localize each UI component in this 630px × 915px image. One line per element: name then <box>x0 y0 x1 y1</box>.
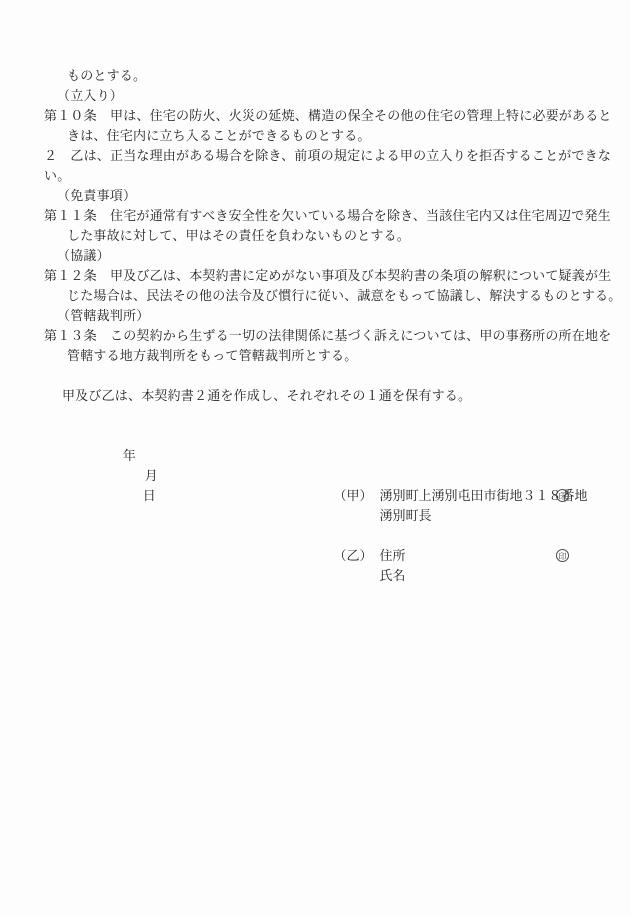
clause-12-line-2: じた場合は、民法その他の法令及び慣行に従い、誠意をもって協議し、解決するものとす… <box>0 286 630 306</box>
contract-date-line: 年 月 日 <box>0 426 630 446</box>
clause-10-para-2-line-2: い。 <box>0 166 630 186</box>
clause-10-line-2: きは、住宅内に立ち入ることができるものとする。 <box>0 126 630 146</box>
clause-11-line-2: した事故に対して、甲はその責任を負わないものとする。 <box>0 226 630 246</box>
clause-10-para-2-line-1: ２ 乙は、正当な理由がある場合を除き、前項の規定による甲の立入りを拒否することが… <box>0 146 630 166</box>
party-a-address-row: （甲）湧別町上湧別屯田市街地３１８番地 <box>0 466 630 486</box>
contract-document-page: ものとする。 （立入り） 第１０条 甲は、住宅の防火、火災の延焼、構造の保全その… <box>0 0 630 915</box>
party-a-name-row: 湧別町長 印 <box>0 486 630 506</box>
contract-text-block: ものとする。 （立入り） 第１０条 甲は、住宅の防火、火災の延焼、構造の保全その… <box>0 66 630 566</box>
party-a-name: 湧別町長 <box>380 508 432 523</box>
clause-12-line-1: 第１２条 甲及び乙は、本契約書に定めがない事項及び本契約書の条項の解釈について疑… <box>0 266 630 286</box>
clause-13-line-1: 第１３条 この契約から生ずる一切の法律関係に基づく訴えについては、甲の事務所の所… <box>0 326 630 346</box>
closing-statement: 甲及び乙は、本契約書２通を作成し、それぞれその１通を保有する。 <box>0 386 630 406</box>
spacer <box>0 406 630 426</box>
spacer <box>0 446 630 466</box>
doc-line-continuation: ものとする。 <box>0 66 630 86</box>
party-b-name-row: 氏名 印 <box>0 546 630 566</box>
party-b-name-label: 氏名 <box>380 568 406 583</box>
clause-heading-kyougi: （協議） <box>0 246 630 266</box>
clause-heading-menseki: （免責事項） <box>0 186 630 206</box>
seal-icon: 印 <box>556 549 569 562</box>
clause-heading-tachiiri: （立入り） <box>0 86 630 106</box>
clause-heading-kankatsu: （管轄裁判所） <box>0 306 630 326</box>
clause-10-line-1: 第１０条 甲は、住宅の防火、火災の延焼、構造の保全その他の住宅の管理上特に必要が… <box>0 106 630 126</box>
clause-13-line-2: 管轄する地方裁判所をもって管轄裁判所とする。 <box>0 346 630 366</box>
clause-11-line-1: 第１１条 住宅が通常有すべき安全性を欠いている場合を除き、当該住宅内又は住宅周辺… <box>0 206 630 226</box>
party-b-address-row: （乙）住所 <box>0 526 630 546</box>
seal-icon: 印 <box>556 489 569 502</box>
spacer <box>0 366 630 386</box>
year-label: 年 <box>123 446 136 466</box>
